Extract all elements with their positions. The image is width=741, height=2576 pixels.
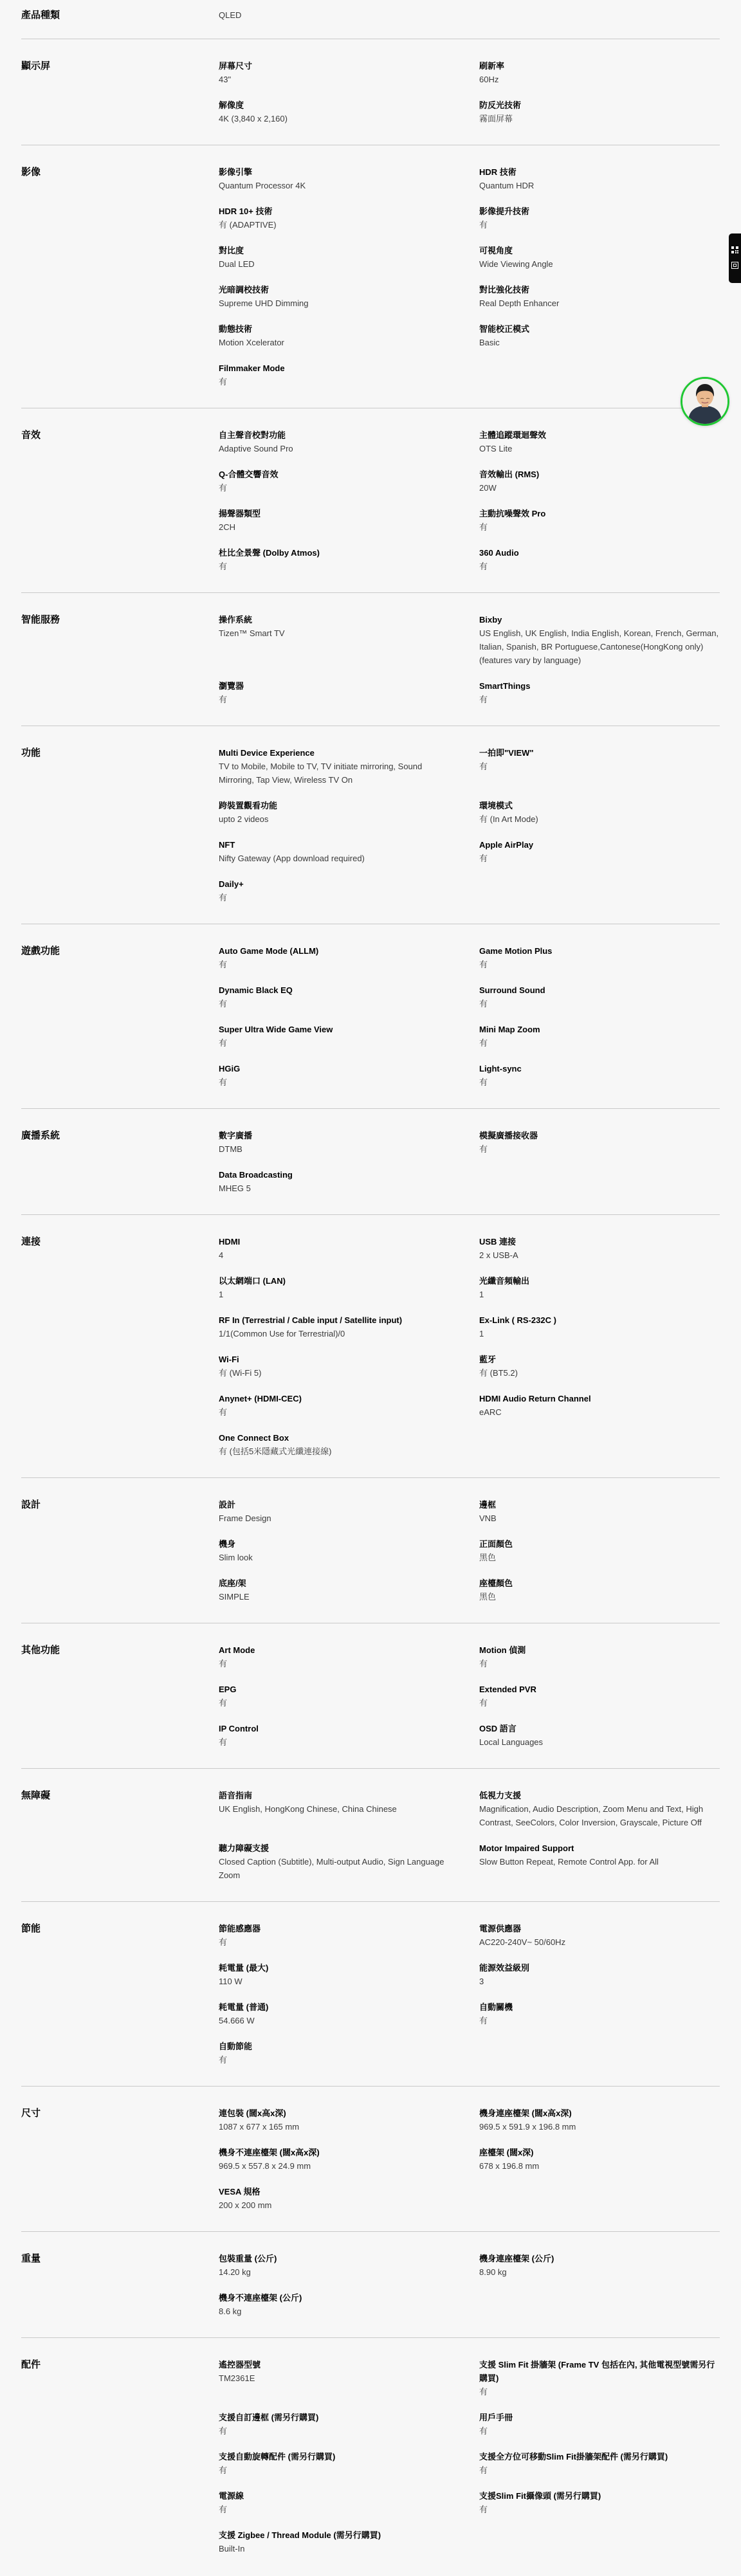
section-rows: 遙控器型號TM2361E支援 Slim Fit 掛牆架 (Frame TV 包括… <box>219 2358 720 2555</box>
spec-name: 光暗調校技術 <box>219 283 457 297</box>
spec-row: VESA 規格200 x 200 mm <box>219 2185 720 2212</box>
spec-row: Wi-Fi有 (Wi-Fi 5)藍牙有 (BT5.2) <box>219 1353 720 1380</box>
spec-row: 語音指南UK English, HongKong Chinese, China … <box>219 1789 720 1829</box>
spec-item: Wi-Fi有 (Wi-Fi 5) <box>219 1353 479 1380</box>
spec-name: HDMI Audio Return Channel <box>479 1392 720 1405</box>
spec-item: 設計Frame Design <box>219 1498 479 1525</box>
chat-avatar-button[interactable] <box>681 377 729 426</box>
spec-name: 杜比全景聲 (Dolby Atmos) <box>219 546 457 560</box>
section-rows: Auto Game Mode (ALLM)有Game Motion Plus有D… <box>219 944 720 1089</box>
spec-name: 自主聲音校對功能 <box>219 428 457 442</box>
spec-name: 機身不連座檯架 (闊x高x深) <box>219 2146 457 2159</box>
spec-value: 有 <box>219 2463 457 2477</box>
spec-name: Wi-Fi <box>219 1353 457 1366</box>
spec-item: 藍牙有 (BT5.2) <box>479 1353 720 1380</box>
spec-name: Super Ultra Wide Game View <box>219 1023 457 1036</box>
spec-name: 支援Slim Fit攝像頭 (需另行購買) <box>479 2489 720 2503</box>
spec-value: 有 <box>219 1735 457 1749</box>
section-label: 無障礙 <box>21 1789 219 1882</box>
spec-name: 動態技術 <box>219 322 457 336</box>
section-rows: 設計Frame Design邊框VNB機身Slim look正面顏色黑色底座/架… <box>219 1498 720 1603</box>
spec-value: 969.5 x 591.9 x 196.8 mm <box>479 2120 720 2133</box>
spec-item: 杜比全景聲 (Dolby Atmos)有 <box>219 546 479 573</box>
spec-name: 電源供應器 <box>479 1922 720 1935</box>
spec-value: Dual LED <box>219 257 457 271</box>
spec-item: 正面顏色黑色 <box>479 1537 720 1564</box>
spec-name: 影像提升技術 <box>479 205 720 218</box>
spec-name: 座檯架 (闊x深) <box>479 2146 720 2159</box>
spec-item: Auto Game Mode (ALLM)有 <box>219 944 479 971</box>
spec-name: 支援全方位可移動Slim Fit掛牆架配件 (需另行購買) <box>479 2450 720 2463</box>
spec-section: 其他功能Art Mode有Motion 偵測有EPG有Extended PVR有… <box>21 1623 720 1769</box>
spec-name: OSD 語言 <box>479 1722 720 1735</box>
spec-row: Multi Device ExperienceTV to Mobile, Mob… <box>219 746 720 787</box>
spec-item: 光暗調校技術Supreme UHD Dimming <box>219 283 479 310</box>
spec-item: 包裝重量 (公斤)14.20 kg <box>219 2252 479 2279</box>
spec-row: 操作系統Tizen™ Smart TVBixbyUS English, UK E… <box>219 613 720 667</box>
spec-value: 有 <box>479 958 720 971</box>
spec-value: 678 x 196.8 mm <box>479 2159 720 2173</box>
spec-row: Art Mode有Motion 偵測有 <box>219 1643 720 1670</box>
spec-name: 自動關機 <box>479 2000 720 2014</box>
spec-row: 連包裝 (闊x高x深)1087 x 677 x 165 mm機身連座檯架 (闊x… <box>219 2106 720 2133</box>
spec-value: Real Depth Enhancer <box>479 297 720 310</box>
spec-row: Anynet+ (HDMI-CEC)有HDMI Audio Return Cha… <box>219 1392 720 1419</box>
spec-name: 模擬廣播接收器 <box>479 1129 720 1142</box>
spec-item: 耗電量 (普通)54.666 W <box>219 2000 479 2027</box>
section-rows: 數字廣播DTMB模擬廣播接收器有Data BroadcastingMHEG 5 <box>219 1129 720 1195</box>
spec-value: 有 <box>219 1405 457 1419</box>
spec-row: 機身不連座檯架 (闊x高x深)969.5 x 557.8 x 24.9 mm座檯… <box>219 2146 720 2173</box>
spec-item: HDMI4 <box>219 1235 479 1262</box>
spec-name: 語音指南 <box>219 1789 457 1802</box>
spec-name: 屏幕尺寸 <box>219 59 457 73</box>
spec-item: One Connect Box有 (包括5米隱藏式光纖連接線) <box>219 1431 479 1458</box>
spec-name: 以太網端口 (LAN) <box>219 1274 457 1288</box>
spec-row: 跨裝置觀看功能upto 2 videos環境模式有 (In Art Mode) <box>219 799 720 826</box>
spec-value: 有 <box>219 1075 457 1089</box>
spec-name: Motor Impaired Support <box>479 1841 720 1855</box>
spec-item: 以太網端口 (LAN)1 <box>219 1274 479 1301</box>
spec-row: Auto Game Mode (ALLM)有Game Motion Plus有 <box>219 944 720 971</box>
spec-name: HDR 10+ 技術 <box>219 205 457 218</box>
spec-value: 黑色 <box>479 1551 720 1564</box>
spec-row: 包裝重量 (公斤)14.20 kg機身連座檯架 (公斤)8.90 kg <box>219 2252 720 2279</box>
spec-row: 耗電量 (普通)54.666 W自動關機有 <box>219 2000 720 2027</box>
section-label: 連接 <box>21 1235 219 1458</box>
spec-value: 1087 x 677 x 165 mm <box>219 2120 457 2133</box>
spec-value: 有 <box>219 1935 457 1949</box>
spec-name: 設計 <box>219 1498 457 1512</box>
spec-item: Data BroadcastingMHEG 5 <box>219 1168 479 1195</box>
spec-name: 耗電量 (最大) <box>219 1961 457 1975</box>
spec-item: 座檯架 (闊x深)678 x 196.8 mm <box>479 2146 720 2173</box>
spec-value: 有 <box>219 891 457 904</box>
spec-name: 對比強化技術 <box>479 283 720 297</box>
spec-item: 連包裝 (闊x高x深)1087 x 677 x 165 mm <box>219 2106 479 2133</box>
spec-name: One Connect Box <box>219 1431 457 1445</box>
spec-value: 2 x USB-A <box>479 1248 720 1262</box>
spec-name: RF In (Terrestrial / Cable input / Satel… <box>219 1313 457 1327</box>
spec-row: Dynamic Black EQ有Surround Sound有 <box>219 983 720 1010</box>
spec-section: 配件遙控器型號TM2361E支援 Slim Fit 掛牆架 (Frame TV … <box>21 2338 720 2575</box>
spec-item: 對比強化技術Real Depth Enhancer <box>479 283 720 310</box>
spec-name: 機身連座檯架 (公斤) <box>479 2252 720 2265</box>
spec-row: HGiG有Light-sync有 <box>219 1062 720 1089</box>
spec-item: 機身不連座檯架 (闊x高x深)969.5 x 557.8 x 24.9 mm <box>219 2146 479 2173</box>
spec-item: 數字廣播DTMB <box>219 1129 479 1156</box>
spec-value: 有 <box>479 693 720 706</box>
spec-item: Motor Impaired SupportSlow Button Repeat… <box>479 1841 720 1882</box>
section-label: 尺寸 <box>21 2106 219 2212</box>
section-label: 顯示屏 <box>21 59 219 125</box>
spec-item: SmartThings有 <box>479 679 720 706</box>
spec-item: Light-sync有 <box>479 1062 720 1089</box>
spec-value: 有 <box>219 1696 457 1710</box>
spec-name: Ex-Link ( RS-232C ) <box>479 1313 720 1327</box>
spec-section: 產品種類QLED <box>21 0 720 39</box>
spec-name: 刷新率 <box>479 59 720 73</box>
spec-row: RF In (Terrestrial / Cable input / Satel… <box>219 1313 720 1340</box>
spec-item: Dynamic Black EQ有 <box>219 983 479 1010</box>
section-rows: 連包裝 (闊x高x深)1087 x 677 x 165 mm機身連座檯架 (闊x… <box>219 2106 720 2212</box>
spec-section: 連接HDMI4USB 連接2 x USB-A以太網端口 (LAN)1光纖音頻輸出… <box>21 1215 720 1478</box>
spec-name: 節能感應器 <box>219 1922 457 1935</box>
spec-name: 跨裝置觀看功能 <box>219 799 457 812</box>
spec-item: 影像引擎Quantum Processor 4K <box>219 165 479 192</box>
spec-item: Daily+有 <box>219 877 479 904</box>
spec-name: Surround Sound <box>479 983 720 997</box>
spec-item: 模擬廣播接收器有 <box>479 1129 720 1156</box>
spec-item: 支援自訂邊框 (需另行購買)有 <box>219 2411 479 2438</box>
spec-value: 有 <box>219 997 457 1010</box>
spec-section: 音效自主聲音校對功能Adaptive Sound Pro主體追蹤環迴聲效OTS … <box>21 408 720 593</box>
spec-row: 電源線有支援Slim Fit攝像頭 (需另行購買)有 <box>219 2489 720 2516</box>
section-label: 功能 <box>21 746 219 904</box>
spec-item: 360 Audio有 <box>479 546 720 573</box>
spec-name: 座檯顏色 <box>479 1576 720 1590</box>
spec-item: QLED <box>219 8 479 22</box>
spec-name: NFT <box>219 838 457 852</box>
spec-item: HDR 10+ 技術有 (ADAPTIVE) <box>219 205 479 232</box>
spec-item: 電源供應器AC220-240V~ 50/60Hz <box>479 1922 720 1949</box>
spec-item: USB 連接2 x USB-A <box>479 1235 720 1262</box>
spec-item: 一拍即"VIEW"有 <box>479 746 720 787</box>
spec-value: Tizen™ Smart TV <box>219 626 457 640</box>
spec-item: 屏幕尺寸43" <box>219 59 479 86</box>
spec-value: 霧面屏幕 <box>479 112 720 125</box>
spec-name: IP Control <box>219 1722 457 1735</box>
spec-section: 節能節能感應器有電源供應器AC220-240V~ 50/60Hz耗電量 (最大)… <box>21 1902 720 2087</box>
qr-code-icon <box>731 245 738 257</box>
spec-name: 支援自動旋轉配件 (需另行購買) <box>219 2450 457 2463</box>
spec-item: Q-合體交響音效有 <box>219 468 479 495</box>
spec-name: Motion 偵測 <box>479 1643 720 1657</box>
spec-item: 支援 Slim Fit 掛牆架 (Frame TV 包括在內, 其他電視型號需另… <box>479 2358 720 2398</box>
spec-row: Data BroadcastingMHEG 5 <box>219 1168 720 1195</box>
spec-name: Mini Map Zoom <box>479 1023 720 1036</box>
spec-value: 有 <box>479 218 720 232</box>
spec-name: 操作系統 <box>219 613 457 626</box>
section-rows: Art Mode有Motion 偵測有EPG有Extended PVR有IP C… <box>219 1643 720 1749</box>
spec-value: 有 <box>479 2014 720 2027</box>
spec-name: 數字廣播 <box>219 1129 457 1142</box>
spec-section: 重量包裝重量 (公斤)14.20 kg機身連座檯架 (公斤)8.90 kg機身不… <box>21 2232 720 2338</box>
spec-item: VESA 規格200 x 200 mm <box>219 2185 479 2212</box>
spec-name: 包裝重量 (公斤) <box>219 2252 457 2265</box>
spec-value: AC220-240V~ 50/60Hz <box>479 1935 720 1949</box>
spec-item: 智能校正模式Basic <box>479 322 720 349</box>
spec-name: Auto Game Mode (ALLM) <box>219 944 457 958</box>
section-rows: HDMI4USB 連接2 x USB-A以太網端口 (LAN)1光纖音頻輸出1R… <box>219 1235 720 1458</box>
spec-name: 聽力障礙支援 <box>219 1841 457 1855</box>
spec-value: 有 <box>219 2503 457 2516</box>
spec-row: 以太網端口 (LAN)1光纖音頻輸出1 <box>219 1274 720 1301</box>
spec-name: SmartThings <box>479 679 720 693</box>
spec-value: upto 2 videos <box>219 812 457 826</box>
spec-value: 1 <box>479 1327 720 1340</box>
spec-item: 瀏覽器有 <box>219 679 479 706</box>
spec-item: EPG有 <box>219 1683 479 1710</box>
spec-row: 數字廣播DTMB模擬廣播接收器有 <box>219 1129 720 1156</box>
section-label: 配件 <box>21 2358 219 2555</box>
section-rows: 影像引擎Quantum Processor 4KHDR 技術Quantum HD… <box>219 165 720 388</box>
spec-value: 有 <box>219 1036 457 1050</box>
spec-name: 正面顏色 <box>479 1537 720 1551</box>
spec-value: 有 (BT5.2) <box>479 1366 720 1380</box>
spec-item: Game Motion Plus有 <box>479 944 720 971</box>
spec-value: 8.90 kg <box>479 2265 720 2279</box>
spec-value: Magnification, Audio Description, Zoom M… <box>479 1802 720 1829</box>
spec-item: 刷新率60Hz <box>479 59 720 86</box>
spec-row: 解像度4K (3,840 x 2,160)防反光技術霧面屏幕 <box>219 98 720 125</box>
spec-value: 有 <box>219 560 457 573</box>
spec-name: 光纖音頻輸出 <box>479 1274 720 1288</box>
spec-row: Daily+有 <box>219 877 720 904</box>
spec-item: 機身連座檯架 (公斤)8.90 kg <box>479 2252 720 2279</box>
spec-value: 2CH <box>219 520 457 534</box>
spec-row: 自主聲音校對功能Adaptive Sound Pro主體追蹤環迴聲效OTS Li… <box>219 428 720 455</box>
spec-name: 環境模式 <box>479 799 720 812</box>
spec-row: 支援自訂邊框 (需另行購買)有用戶手冊有 <box>219 2411 720 2438</box>
spec-name: Multi Device Experience <box>219 746 457 760</box>
section-label: 智能服務 <box>21 613 219 706</box>
spec-value: 60Hz <box>479 73 720 86</box>
spec-value: 1 <box>219 1288 457 1301</box>
spec-row: 屏幕尺寸43"刷新率60Hz <box>219 59 720 86</box>
spec-name: 解像度 <box>219 98 457 112</box>
spec-value: Basic <box>479 336 720 349</box>
spec-name: Apple AirPlay <box>479 838 720 852</box>
section-rows: 包裝重量 (公斤)14.20 kg機身連座檯架 (公斤)8.90 kg機身不連座… <box>219 2252 720 2318</box>
spec-value: 1/1(Common Use for Terrestrial)/0 <box>219 1327 457 1340</box>
spec-name: 遙控器型號 <box>219 2358 457 2371</box>
section-label: 廣播系統 <box>21 1129 219 1195</box>
spec-item: 機身連座檯架 (闊x高x深)969.5 x 591.9 x 196.8 mm <box>479 2106 720 2133</box>
spec-name: 支援自訂邊框 (需另行購買) <box>219 2411 457 2424</box>
spec-row: 遙控器型號TM2361E支援 Slim Fit 掛牆架 (Frame TV 包括… <box>219 2358 720 2398</box>
spec-value: 3 <box>479 1975 720 1988</box>
section-rows: 節能感應器有電源供應器AC220-240V~ 50/60Hz耗電量 (最大)11… <box>219 1922 720 2067</box>
spec-item: 環境模式有 (In Art Mode) <box>479 799 720 826</box>
spec-item: 能源效益級別3 <box>479 1961 720 1988</box>
spec-item: 聽力障礙支援Closed Caption (Subtitle), Multi-o… <box>219 1841 479 1882</box>
section-label: 遊戲功能 <box>21 944 219 1089</box>
spec-value: Local Languages <box>479 1735 720 1749</box>
spec-item: 底座/架SIMPLE <box>219 1576 479 1603</box>
spec-name: HGiG <box>219 1062 457 1075</box>
spec-name: 底座/架 <box>219 1576 457 1590</box>
spec-name: 一拍即"VIEW" <box>479 746 720 760</box>
spec-value: 有 <box>479 1657 720 1670</box>
spec-name: 主動抗噪聲效 Pro <box>479 507 720 520</box>
spec-item: 音效輸出 (RMS)20W <box>479 468 720 495</box>
spec-value: 有 <box>479 2424 720 2438</box>
spec-value: 有 <box>219 375 457 388</box>
spec-name: 藍牙 <box>479 1353 720 1366</box>
spec-name: Anynet+ (HDMI-CEC) <box>219 1392 457 1405</box>
spec-value: Slow Button Repeat, Remote Control App. … <box>479 1855 720 1868</box>
spec-row: 支援自動旋轉配件 (需另行購買)有支援全方位可移動Slim Fit掛牆架配件 (… <box>219 2450 720 2477</box>
spec-value: 有 <box>479 1696 720 1710</box>
spec-name: 瀏覽器 <box>219 679 457 693</box>
spec-name: 機身 <box>219 1537 457 1551</box>
section-rows: 操作系統Tizen™ Smart TVBixbyUS English, UK E… <box>219 613 720 706</box>
spec-name: 360 Audio <box>479 546 720 560</box>
spec-row: HDMI4USB 連接2 x USB-A <box>219 1235 720 1262</box>
spec-name: Filmmaker Mode <box>219 361 457 375</box>
section-label: 其他功能 <box>21 1643 219 1749</box>
spec-item: 節能感應器有 <box>219 1922 479 1949</box>
spec-name: 對比度 <box>219 244 457 257</box>
spec-item: 機身Slim look <box>219 1537 479 1564</box>
spec-section: 尺寸連包裝 (闊x高x深)1087 x 677 x 165 mm機身連座檯架 (… <box>21 2087 720 2232</box>
spec-value: 有 <box>219 2424 457 2438</box>
spec-value: 有 (In Art Mode) <box>479 812 720 826</box>
spec-name: 能源效益級別 <box>479 1961 720 1975</box>
spec-item: 動態技術Motion Xcelerator <box>219 322 479 349</box>
spec-value: 有 <box>219 1657 457 1670</box>
spec-value: 有 (Wi-Fi 5) <box>219 1366 457 1380</box>
spec-value: Quantum Processor 4K <box>219 179 457 192</box>
spec-value: 有 <box>479 520 720 534</box>
spec-item: 影像提升技術有 <box>479 205 720 232</box>
section-rows: QLED <box>219 8 720 22</box>
spec-value: 有 (包括5米隱藏式光纖連接線) <box>219 1445 457 1458</box>
spec-name: Q-合體交響音效 <box>219 468 457 481</box>
spec-item: 語音指南UK English, HongKong Chinese, China … <box>219 1789 479 1829</box>
frame-icon <box>731 260 738 272</box>
spec-item: Mini Map Zoom有 <box>479 1023 720 1050</box>
spec-name: 自動節能 <box>219 2040 457 2053</box>
spec-row: 設計Frame Design邊框VNB <box>219 1498 720 1525</box>
section-rows: Multi Device ExperienceTV to Mobile, Mob… <box>219 746 720 904</box>
spec-value: Wide Viewing Angle <box>479 257 720 271</box>
spec-item: Ex-Link ( RS-232C )1 <box>479 1313 720 1340</box>
spec-value: 43" <box>219 73 457 86</box>
spec-value: Motion Xcelerator <box>219 336 457 349</box>
spec-item: 主體追蹤環迴聲效OTS Lite <box>479 428 720 455</box>
spec-section: 顯示屏屏幕尺寸43"刷新率60Hz解像度4K (3,840 x 2,160)防反… <box>21 39 720 145</box>
live-chat-agent-photo-icon <box>682 379 727 424</box>
spec-row: Filmmaker Mode有 <box>219 361 720 388</box>
spec-name: 電源線 <box>219 2489 457 2503</box>
spec-row: 自動節能有 <box>219 2040 720 2067</box>
section-label: 節能 <box>21 1922 219 2067</box>
spec-name: 防反光技術 <box>479 98 720 112</box>
spec-value: 有 <box>219 481 457 495</box>
spec-value: Adaptive Sound Pro <box>219 442 457 455</box>
section-rows: 語音指南UK English, HongKong Chinese, China … <box>219 1789 720 1882</box>
spec-section: 設計設計Frame Design邊框VNB機身Slim look正面顏色黑色底座… <box>21 1478 720 1623</box>
spec-row: 節能感應器有電源供應器AC220-240V~ 50/60Hz <box>219 1922 720 1949</box>
section-rows: 自主聲音校對功能Adaptive Sound Pro主體追蹤環迴聲效OTS Li… <box>219 428 720 573</box>
spec-section: 智能服務操作系統Tizen™ Smart TVBixbyUS English, … <box>21 593 720 726</box>
spec-row: 揚聲器類型2CH主動抗噪聲效 Pro有 <box>219 507 720 534</box>
spec-item: 用戶手冊有 <box>479 2411 720 2438</box>
spec-name: Game Motion Plus <box>479 944 720 958</box>
spec-item: 防反光技術霧面屏幕 <box>479 98 720 125</box>
spec-value: 有 <box>479 2463 720 2477</box>
spec-name: 連包裝 (闊x高x深) <box>219 2106 457 2120</box>
spec-row: 機身不連座檯架 (公斤)8.6 kg <box>219 2291 720 2318</box>
section-label: 重量 <box>21 2252 219 2318</box>
spec-item: 機身不連座檯架 (公斤)8.6 kg <box>219 2291 479 2318</box>
spec-item: NFTNifty Gateway (App download required) <box>219 838 479 865</box>
spec-value: Built-In <box>219 2542 457 2555</box>
spec-value: 有 <box>479 997 720 1010</box>
spec-name: HDR 技術 <box>479 165 720 179</box>
spec-value: VNB <box>479 1512 720 1525</box>
spec-value: 110 W <box>219 1975 457 1988</box>
spec-value: OTS Lite <box>479 442 720 455</box>
spec-row: IP Control有OSD 語言Local Languages <box>219 1722 720 1749</box>
spec-item: Extended PVR有 <box>479 1683 720 1710</box>
spec-name: 耗電量 (普通) <box>219 2000 457 2014</box>
spec-row: 對比度Dual LED可視角度Wide Viewing Angle <box>219 244 720 271</box>
spec-row: QLED <box>219 8 720 22</box>
spec-name: 影像引擎 <box>219 165 457 179</box>
spec-name: Extended PVR <box>479 1683 720 1696</box>
spec-value: MHEG 5 <box>219 1182 457 1195</box>
spec-row: One Connect Box有 (包括5米隱藏式光纖連接線) <box>219 1431 720 1458</box>
spec-row: EPG有Extended PVR有 <box>219 1683 720 1710</box>
spec-name: 支援 Zigbee / Thread Module (需另行購買) <box>219 2528 457 2542</box>
spec-value: Nifty Gateway (App download required) <box>219 852 457 865</box>
survey-tab[interactable] <box>729 233 741 283</box>
spec-item: RF In (Terrestrial / Cable input / Satel… <box>219 1313 479 1340</box>
spec-item: 支援自動旋轉配件 (需另行購買)有 <box>219 2450 479 2477</box>
spec-value: TV to Mobile, Mobile to TV, TV initiate … <box>219 760 457 787</box>
spec-section: 遊戲功能Auto Game Mode (ALLM)有Game Motion Pl… <box>21 924 720 1109</box>
spec-name: 支援 Slim Fit 掛牆架 (Frame TV 包括在內, 其他電視型號需另… <box>479 2358 720 2385</box>
spec-value: US English, UK English, India English, K… <box>479 626 720 667</box>
spec-row: Super Ultra Wide Game View有Mini Map Zoom… <box>219 1023 720 1050</box>
spec-item: Super Ultra Wide Game View有 <box>219 1023 479 1050</box>
spec-value: 有 <box>219 958 457 971</box>
spec-value: 有 <box>219 2053 457 2067</box>
spec-item: BixbyUS English, UK English, India Engli… <box>479 613 720 667</box>
spec-value: 4 <box>219 1248 457 1262</box>
spec-item: Motion 偵測有 <box>479 1643 720 1670</box>
spec-value: 有 <box>479 760 720 773</box>
spec-item: 對比度Dual LED <box>219 244 479 271</box>
spec-item: Anynet+ (HDMI-CEC)有 <box>219 1392 479 1419</box>
spec-name: Daily+ <box>219 877 457 891</box>
spec-row: 瀏覽器有SmartThings有 <box>219 679 720 706</box>
spec-name: EPG <box>219 1683 457 1696</box>
spec-value: 14.20 kg <box>219 2265 457 2279</box>
